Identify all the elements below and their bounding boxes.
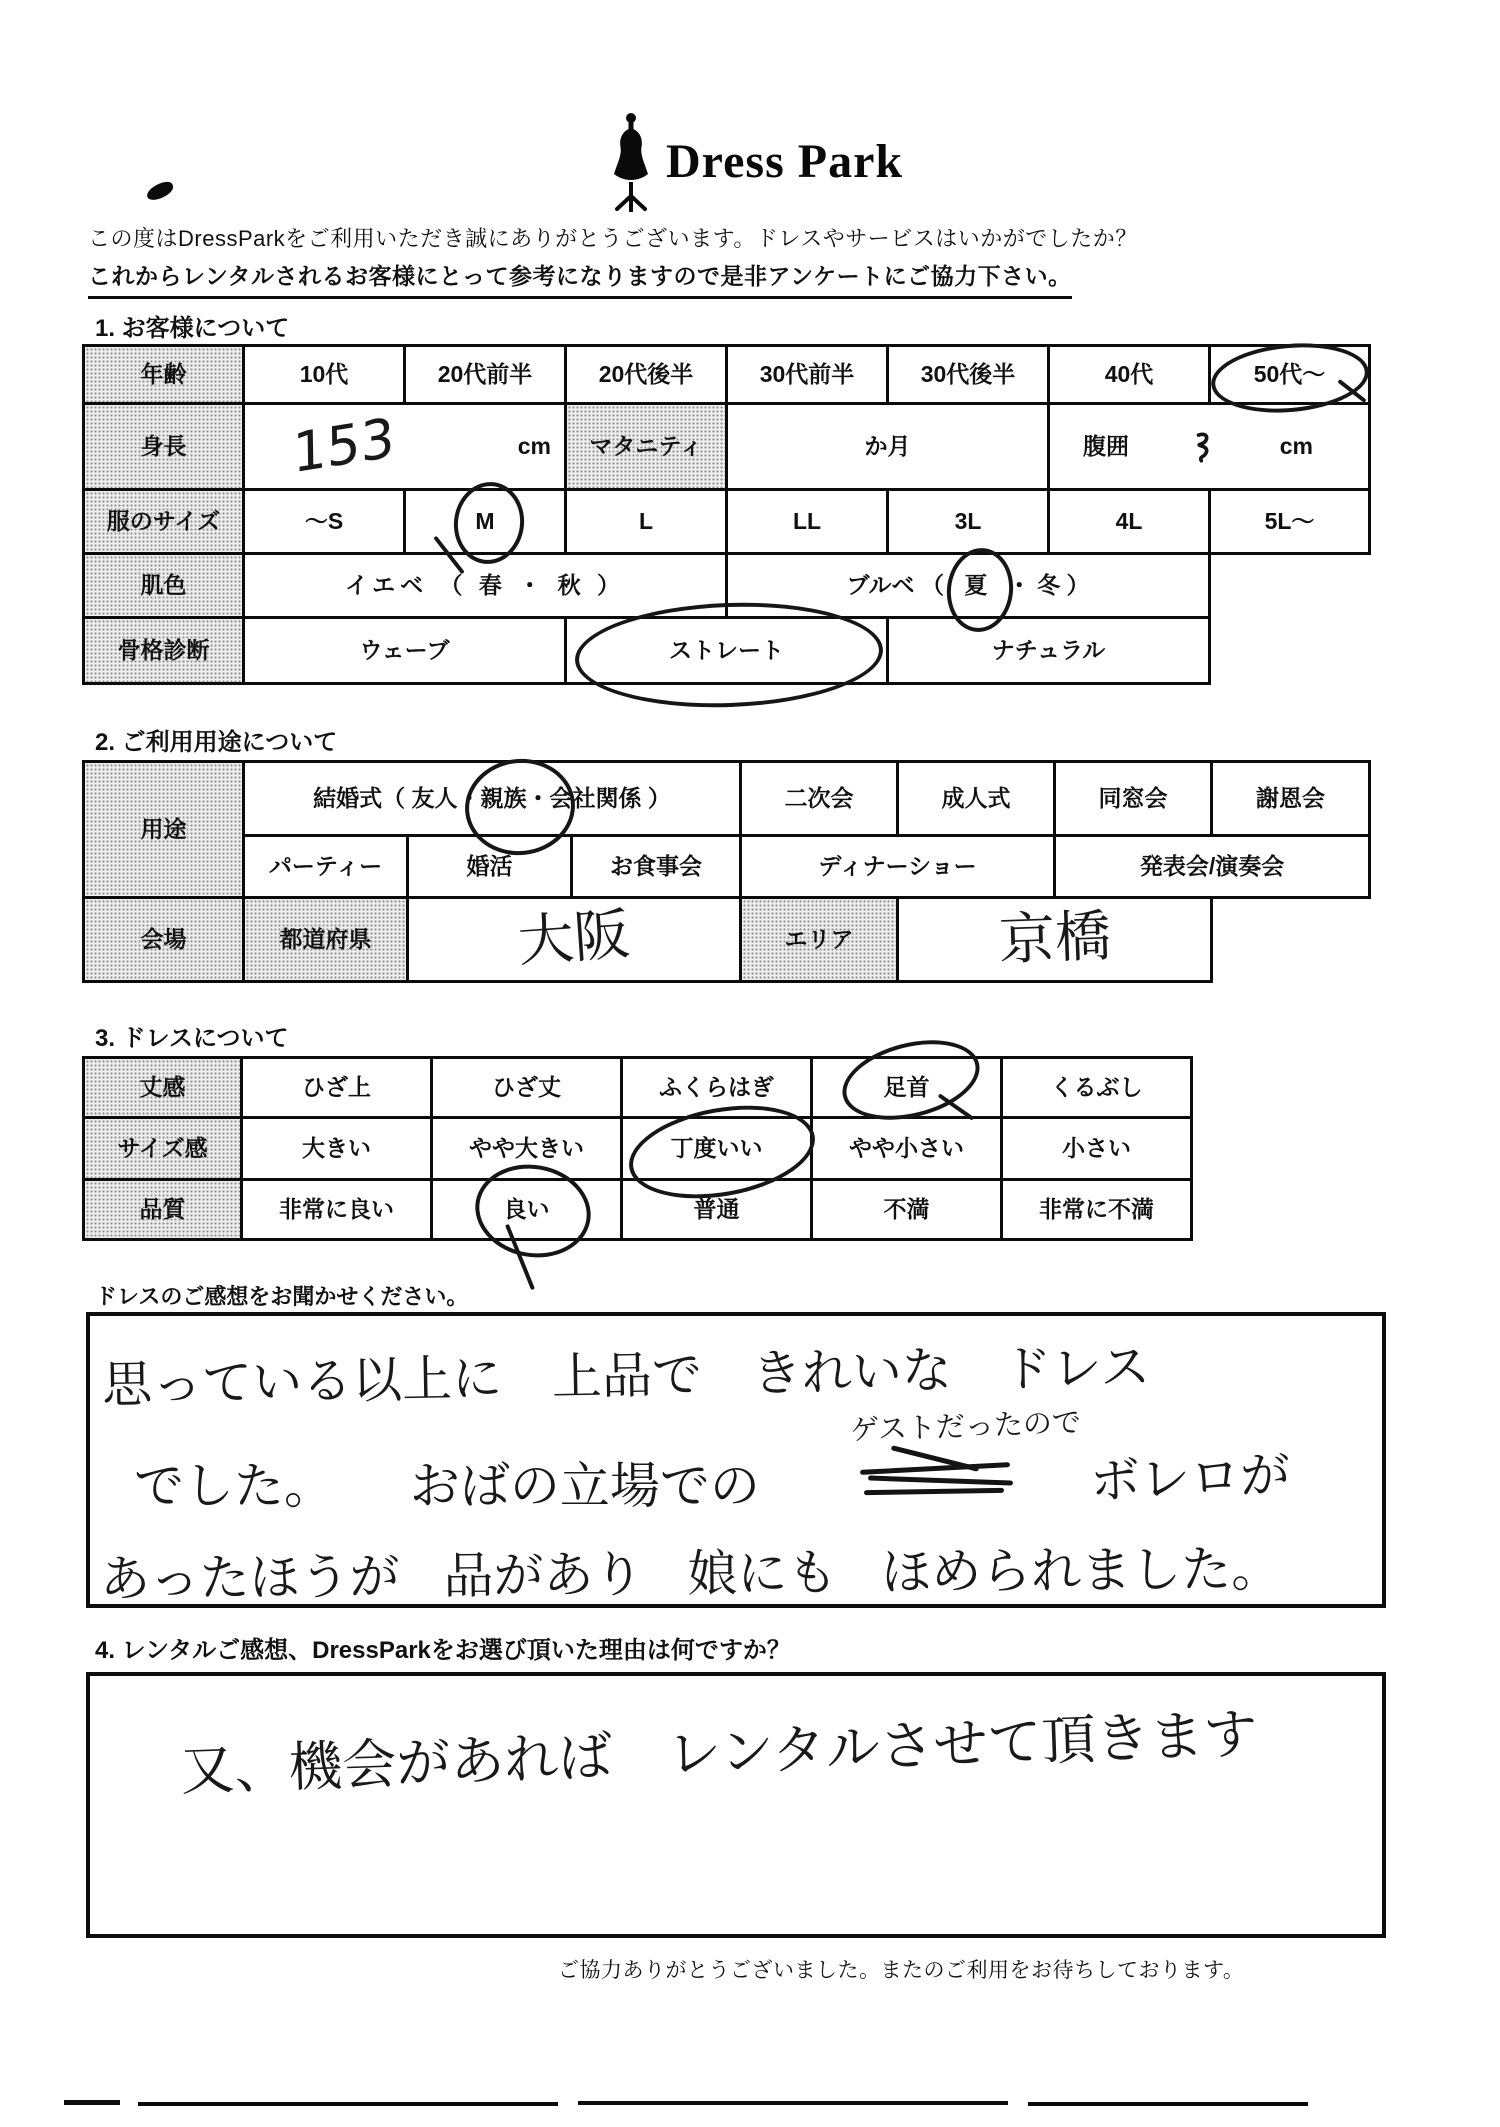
height-unit: cm: [518, 433, 551, 459]
length-option-1: ひざ丈: [432, 1058, 622, 1118]
usage-option-thanks-party: 謝恩会: [1212, 762, 1370, 836]
prefecture-value-cell: 大阪: [408, 898, 741, 982]
area-handwritten: 京橋: [997, 905, 1111, 973]
circle-tail: [505, 1224, 535, 1290]
size-option-m-selected: M: [405, 490, 566, 554]
wedding-relatives-selected: 親族: [481, 785, 527, 811]
section3-heading: 3. ドレスについて: [95, 1018, 288, 1053]
quality-option-good-selected: 良い: [432, 1180, 622, 1240]
length-option-4: くるぶし: [1002, 1058, 1192, 1118]
skin-yellow-cell: イエベ （ 春 ・ 秋 ）: [244, 554, 727, 618]
usage-label: 用途: [84, 762, 244, 898]
feedback-line3: あったほうが 品があり 娘にも ほめられました。: [100, 1529, 1282, 1611]
fit-label: サイズ感: [84, 1118, 242, 1180]
age-label: 年齢: [84, 346, 244, 404]
age-option-30e: 30代前半: [727, 346, 888, 404]
dress-mannequin-icon: [608, 112, 654, 212]
length-label: 丈感: [84, 1058, 242, 1118]
usage-option-recital: 発表会/演奏会: [1055, 836, 1370, 898]
size-option-l: L: [566, 490, 727, 554]
size-option-5l: 5L～: [1210, 490, 1370, 554]
height-label: 身長: [84, 404, 244, 490]
customer-info-table: 年齢 10代 20代前半 20代後半 30代前半 30代後半 40代 50代～ …: [82, 344, 1371, 685]
intro-request-underlined: これからレンタルされるお客様にとって参考になりますので是非アンケートにご協力下さ…: [88, 258, 1072, 299]
usage-option-konkatsu: 婚活: [408, 836, 572, 898]
feedback-inserted-word: ゲストだったので: [849, 1400, 1081, 1449]
usage-option-dinner-show: ディナーショー: [741, 836, 1055, 898]
waist-scribble: [1193, 430, 1215, 464]
scan-artifact-line: [138, 2102, 558, 2106]
months-label: か月: [727, 404, 1049, 490]
size-option-ll: LL: [727, 490, 888, 554]
quality-option-2: 普通: [622, 1180, 812, 1240]
section4-heading: 4. レンタルご感想、DressParkをお選び頂いた理由は何ですか？: [95, 1630, 791, 1665]
usage-option-coming-of-age: 成人式: [898, 762, 1055, 836]
scribbled-out-word: [860, 1456, 1020, 1500]
scan-artifact-line: [578, 2101, 1008, 2105]
area-label: エリア: [741, 898, 898, 982]
usage-table: 用途 結婚式（ 友人・親族 ・会社関係 ） 二次会 成人式 同窓会 謝恩会 パー…: [82, 760, 1371, 983]
empty-area: [1212, 898, 1370, 982]
feedback-line2-start: でした。 おばの立場での: [134, 1446, 760, 1518]
brand-name: Dress Park: [666, 134, 903, 189]
waist-unit: cm: [1280, 433, 1313, 459]
length-option-ankle-selected: 足首: [812, 1058, 1002, 1118]
waist-label: 腹囲: [1083, 433, 1129, 459]
area-value-cell: 京橋: [898, 898, 1212, 982]
size-option-4l: 4L: [1049, 490, 1210, 554]
scan-artifact-line: [1028, 2102, 1308, 2106]
logo: Dress Park: [608, 112, 903, 212]
fit-option-4: 小さい: [1002, 1118, 1192, 1180]
frame-option-straight-selected: ストレート: [566, 618, 888, 684]
feedback-line2-end: ボレロが: [1089, 1435, 1291, 1514]
length-option-0: ひざ上: [242, 1058, 432, 1118]
usage-wedding-cell: 結婚式（ 友人・親族 ・会社関係 ）: [244, 762, 741, 836]
age-option-10s: 10代: [244, 346, 405, 404]
age-option-20e: 20代前半: [405, 346, 566, 404]
dress-rating-table: 丈感 ひざ上 ひざ丈 ふくらはぎ 足首 くるぶし サイズ感 大きい やや大きい …: [82, 1056, 1193, 1241]
empty-area: [1210, 554, 1370, 618]
usage-option-reunion: 同窓会: [1055, 762, 1212, 836]
quality-option-4: 非常に不満: [1002, 1180, 1192, 1240]
fit-option-1: やや大きい: [432, 1118, 622, 1180]
circle-tail: [1337, 379, 1366, 403]
usage-option-dinner: お食事会: [572, 836, 741, 898]
skin-label: 肌色: [84, 554, 244, 618]
fit-option-0: 大きい: [242, 1118, 432, 1180]
scanned-survey-form: Dress Park この度はDressParkをご利用いただき誠にありがとうご…: [0, 0, 1500, 2127]
ink-blot: [144, 179, 175, 202]
age-option-30l: 30代後半: [888, 346, 1049, 404]
frame-option-wave: ウェーブ: [244, 618, 566, 684]
size-option-s: ～S: [244, 490, 405, 554]
venue-label: 会場: [84, 898, 244, 982]
usage-option-afterparty: 二次会: [741, 762, 898, 836]
quality-label: 品質: [84, 1180, 242, 1240]
intro-text: この度はDressParkをご利用いただき誠にありがとうございます。ドレスやサー…: [88, 222, 1138, 253]
skin-summer-selected: 夏: [964, 572, 987, 598]
frame-label: 骨格診断: [84, 618, 244, 684]
quality-option-3: 不満: [812, 1180, 1002, 1240]
waist-cell: 腹囲 cm: [1049, 404, 1370, 490]
maternity-label: マタニティ: [566, 404, 727, 490]
size-label: 服のサイズ: [84, 490, 244, 554]
age-option-40s: 40代: [1049, 346, 1210, 404]
fit-option-3: やや小さい: [812, 1118, 1002, 1180]
scan-artifact-line: [64, 2100, 120, 2105]
fit-option-just-right-selected: 丁度いい: [622, 1118, 812, 1180]
size-option-3l: 3L: [888, 490, 1049, 554]
age-option-50s-selected: 50代～: [1210, 346, 1370, 404]
section2-heading: 2. ご利用用途について: [95, 722, 337, 757]
dress-feedback-box: 思っている以上に 上品で きれいな ドレス ゲストだったので でした。 おばの立…: [86, 1312, 1386, 1608]
reason-answer-box: 又、機会があれば レンタルさせて頂きます: [86, 1672, 1386, 1938]
reason-handwritten: 又、機会があれば レンタルさせて頂きます: [179, 1691, 1259, 1806]
feedback-prompt: ドレスのご感想をお聞かせください。: [95, 1280, 468, 1311]
height-value-cell: 153 cm: [244, 404, 566, 490]
quality-option-0: 非常に良い: [242, 1180, 432, 1240]
length-option-2: ふくらはぎ: [622, 1058, 812, 1118]
prefecture-label: 都道府県: [244, 898, 408, 982]
skin-blue-cell: ブルベ （ 夏 ・ 冬 ）: [727, 554, 1210, 618]
thanks-message: ご協力ありがとうございました。またのご利用をお待ちしております。: [558, 1954, 1244, 1984]
prefecture-handwritten: 大阪: [516, 903, 632, 975]
frame-option-natural: ナチュラル: [888, 618, 1210, 684]
section1-heading: 1. お客様について: [95, 308, 289, 343]
height-handwritten: 153: [292, 407, 395, 486]
usage-option-party: パーティー: [244, 836, 408, 898]
age-option-20l: 20代後半: [566, 346, 727, 404]
empty-area: [1210, 618, 1370, 684]
